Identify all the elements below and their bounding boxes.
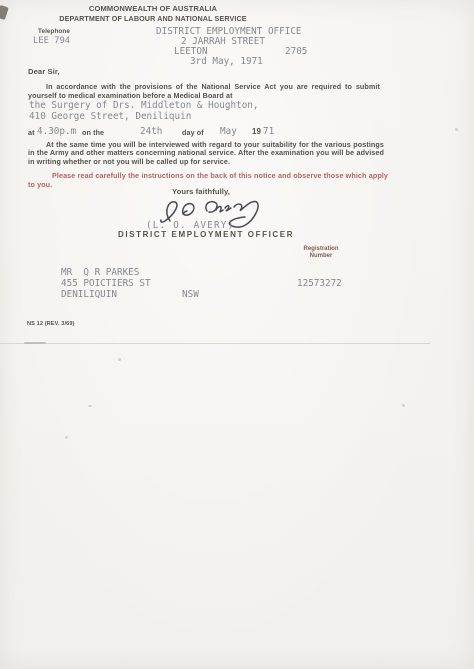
paragraph-1: In accordance with the provisions of the…: [28, 82, 380, 101]
telephone-number: LEE 794: [33, 36, 70, 47]
appointment-line: at 4.30p.m on the 24th day of May 19 71: [0, 127, 474, 139]
at-label: at: [28, 129, 35, 137]
letterhead-org: COMMONWEALTH OF AUSTRALIA: [33, 5, 273, 13]
scan-corner-mark: [0, 5, 9, 20]
recipient-name: MR Q R PARKES: [61, 268, 139, 279]
appointment-year-value: 71: [263, 127, 274, 138]
registration-number-value: 12573272: [297, 279, 342, 290]
recipient-state: NSW: [182, 290, 199, 301]
registration-number-label: Registration Number: [290, 246, 352, 260]
office-postcode: 2705: [285, 47, 307, 58]
dust-speck: [402, 404, 405, 407]
salutation: Dear Sir,: [28, 68, 60, 76]
appointment-location-line1: the Surgery of Drs. Middleton & Houghton…: [29, 101, 259, 112]
fold-smudge: [24, 342, 46, 344]
dust-speck: [118, 358, 121, 361]
letter-date: 3rd May, 1971: [190, 57, 263, 68]
on-the-label: on the: [82, 129, 104, 137]
form-number: NS 12 (REV. 3/69): [27, 320, 75, 328]
appointment-time-value: 4.30p.m: [37, 127, 76, 138]
recipient-street: 455 POICTIERS ST: [61, 279, 151, 290]
year-prefix: 19: [252, 128, 261, 136]
paragraph-2: At the same time you will be interviewed…: [28, 141, 384, 166]
appointment-month-value: May: [220, 127, 237, 138]
dust-speck: [88, 405, 92, 407]
signatory-title: DISTRICT EMPLOYMENT OFFICER: [118, 231, 294, 239]
scanned-letter-page: COMMONWEALTH OF AUSTRALIA DEPARTMENT OF …: [0, 0, 474, 669]
registration-label-line2: Number: [290, 253, 352, 260]
dust-speck: [65, 436, 68, 439]
fold-line: [0, 343, 430, 344]
recipient-town: DENILIQUIN: [61, 290, 117, 301]
letterhead-dept: DEPARTMENT OF LABOUR AND NATIONAL SERVIC…: [33, 15, 273, 23]
day-of-label: day of: [182, 129, 204, 137]
appointment-day-value: 24th: [140, 127, 162, 138]
registration-label-line1: Registration: [290, 246, 352, 253]
appointment-location-line2: 410 George Street, Deniliquin: [29, 112, 191, 123]
